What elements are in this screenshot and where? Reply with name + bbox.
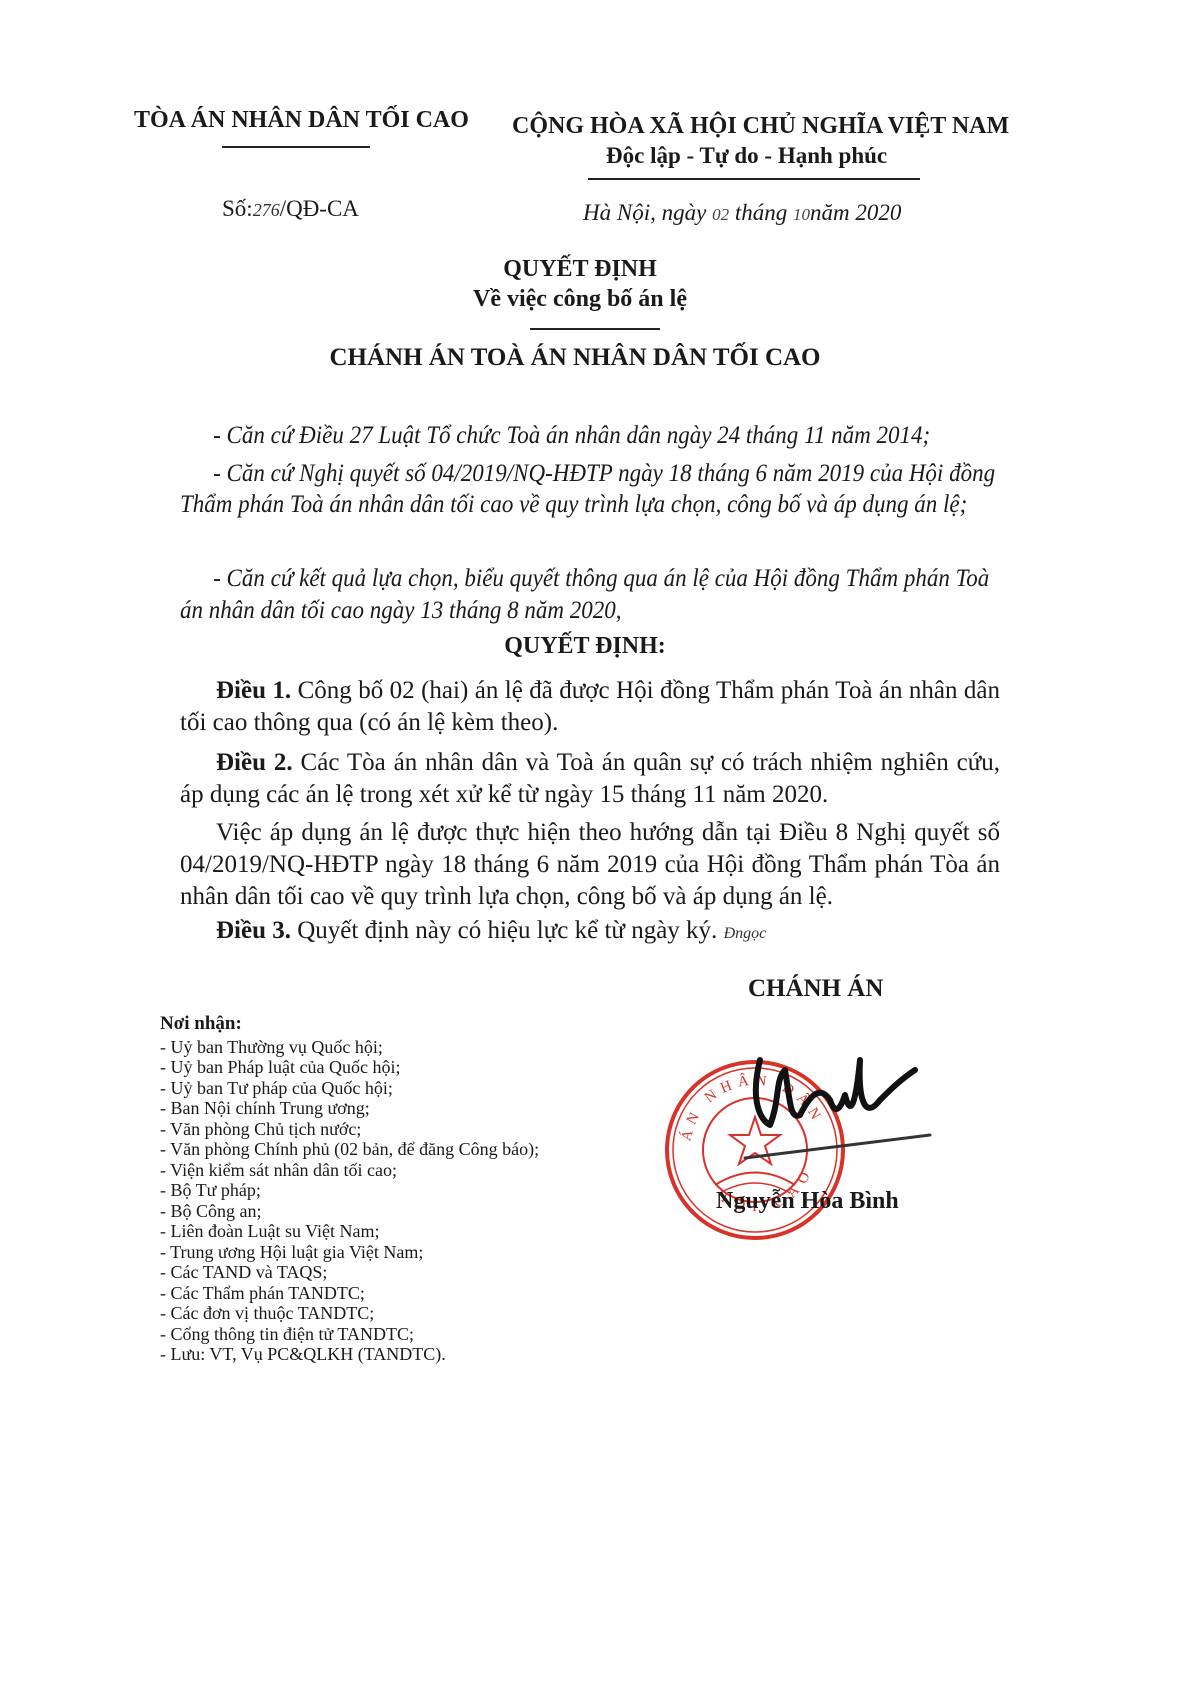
date-year: năm 2020 — [810, 200, 901, 225]
recipient-item: - Viện kiểm sát nhân dân tối cao; — [160, 1160, 539, 1181]
nation-name: CỘNG HÒA XÃ HỘI CHỦ NGHĨA VIỆT NAM — [512, 113, 1009, 140]
recipient-item: - Văn phòng Chính phủ (02 bản, để đăng C… — [160, 1139, 539, 1160]
recipient-item: - Bộ Công an; — [160, 1201, 539, 1222]
recipient-item: - Ban Nội chính Trung ương; — [160, 1098, 539, 1119]
issuer-underline — [222, 146, 370, 148]
article-1-label: Điều 1. — [216, 677, 291, 704]
title-underline — [530, 328, 660, 330]
article-2-label: Điều 2. — [216, 749, 293, 776]
article-3: Điều 3. Quyết định này có hiệu lực kể từ… — [180, 915, 1000, 950]
article-3-label: Điều 3. — [216, 917, 291, 944]
issuer-name: TÒA ÁN NHÂN DÂN TỐI CAO — [134, 107, 469, 134]
article-3-text: Quyết định này có hiệu lực kể từ ngày ký… — [291, 917, 717, 944]
article-2-text: Các Tòa án nhân dân và Toà án quân sự có… — [180, 749, 1000, 808]
article-1-text: Công bố 02 (hai) án lệ đã được Hội đồng … — [180, 677, 1000, 736]
recipient-item: - Uỷ ban Pháp luật của Quốc hội; — [160, 1057, 539, 1078]
recipient-item: - Bộ Tư pháp; — [160, 1180, 539, 1201]
date-month: 10 — [793, 205, 810, 224]
recipient-item: - Trung ương Hội luật gia Việt Nam; — [160, 1242, 539, 1263]
signer-name: Nguyễn Hòa Bình — [716, 1188, 899, 1215]
article-2-note: Việc áp dụng án lệ được thực hiện theo h… — [180, 817, 1000, 913]
recipient-item: - Cổng thông tin điện tử TANDTC; — [160, 1324, 539, 1345]
date-month-label: tháng — [729, 200, 793, 225]
date-place: Hà Nội, ngày — [583, 200, 712, 225]
motto-underline — [588, 178, 920, 180]
signer-role: CHÁNH ÁN — [748, 975, 883, 1003]
recipients-list: Nơi nhận: - Uỷ ban Thường vụ Quốc hội; -… — [160, 1020, 539, 1365]
recipient-item: - Các đơn vị thuộc TANDTC; — [160, 1303, 539, 1324]
initials-mark: Đngọc — [724, 925, 767, 942]
decision-heading: QUYẾT ĐỊNH: — [300, 633, 870, 660]
document-number: Số:276/QĐ-CA — [222, 196, 359, 222]
authority-heading: CHÁNH ÁN TOÀ ÁN NHÂN DÂN TỐI CAO — [220, 344, 930, 372]
number-suffix: /QĐ-CA — [280, 196, 359, 221]
article-2: Điều 2. Các Tòa án nhân dân và Toà án qu… — [180, 747, 1000, 811]
recipient-item: - Uỷ ban Thường vụ Quốc hội; — [160, 1037, 539, 1058]
article-2-note-text: Việc áp dụng án lệ được thực hiện theo h… — [180, 819, 1000, 910]
basis-2: - Căn cứ Nghị quyết số 04/2019/NQ-HĐTP n… — [180, 458, 999, 520]
basis-1: - Căn cứ Điều 27 Luật Tổ chức Toà án nhâ… — [180, 420, 999, 452]
recipient-item: - Lưu: VT, Vụ PC&QLKH (TANDTC). — [160, 1344, 539, 1365]
recipient-item: - Các Thẩm phán TANDTC; — [160, 1283, 539, 1304]
basis-3: - Căn cứ kết quả lựa chọn, biểu quyết th… — [180, 563, 999, 627]
number-handwritten: 276 — [253, 200, 280, 220]
recipient-item: - Uỷ ban Tư pháp của Quốc hội; — [160, 1078, 539, 1099]
recipient-item: - Các TAND và TAQS; — [160, 1262, 539, 1283]
recipient-item: - Liên đoàn Luật su Việt Nam; — [160, 1221, 539, 1242]
doc-subject: Về việc công bố án lệ — [300, 286, 860, 313]
recipient-item: - Văn phòng Chủ tịch nước; — [160, 1119, 539, 1140]
number-prefix: Số: — [222, 196, 253, 221]
doc-type-title: QUYẾT ĐỊNH — [300, 256, 860, 283]
recipients-title: Nơi nhận: — [160, 1014, 539, 1035]
article-1: Điều 1. Công bố 02 (hai) án lệ đã được H… — [180, 675, 1000, 739]
nation-motto: Độc lập - Tự do - Hạnh phúc — [606, 143, 887, 169]
date-day: 02 — [712, 205, 729, 224]
issue-date: Hà Nội, ngày 02 tháng 10năm 2020 — [583, 200, 901, 226]
handwritten-signature-icon — [740, 1040, 940, 1160]
